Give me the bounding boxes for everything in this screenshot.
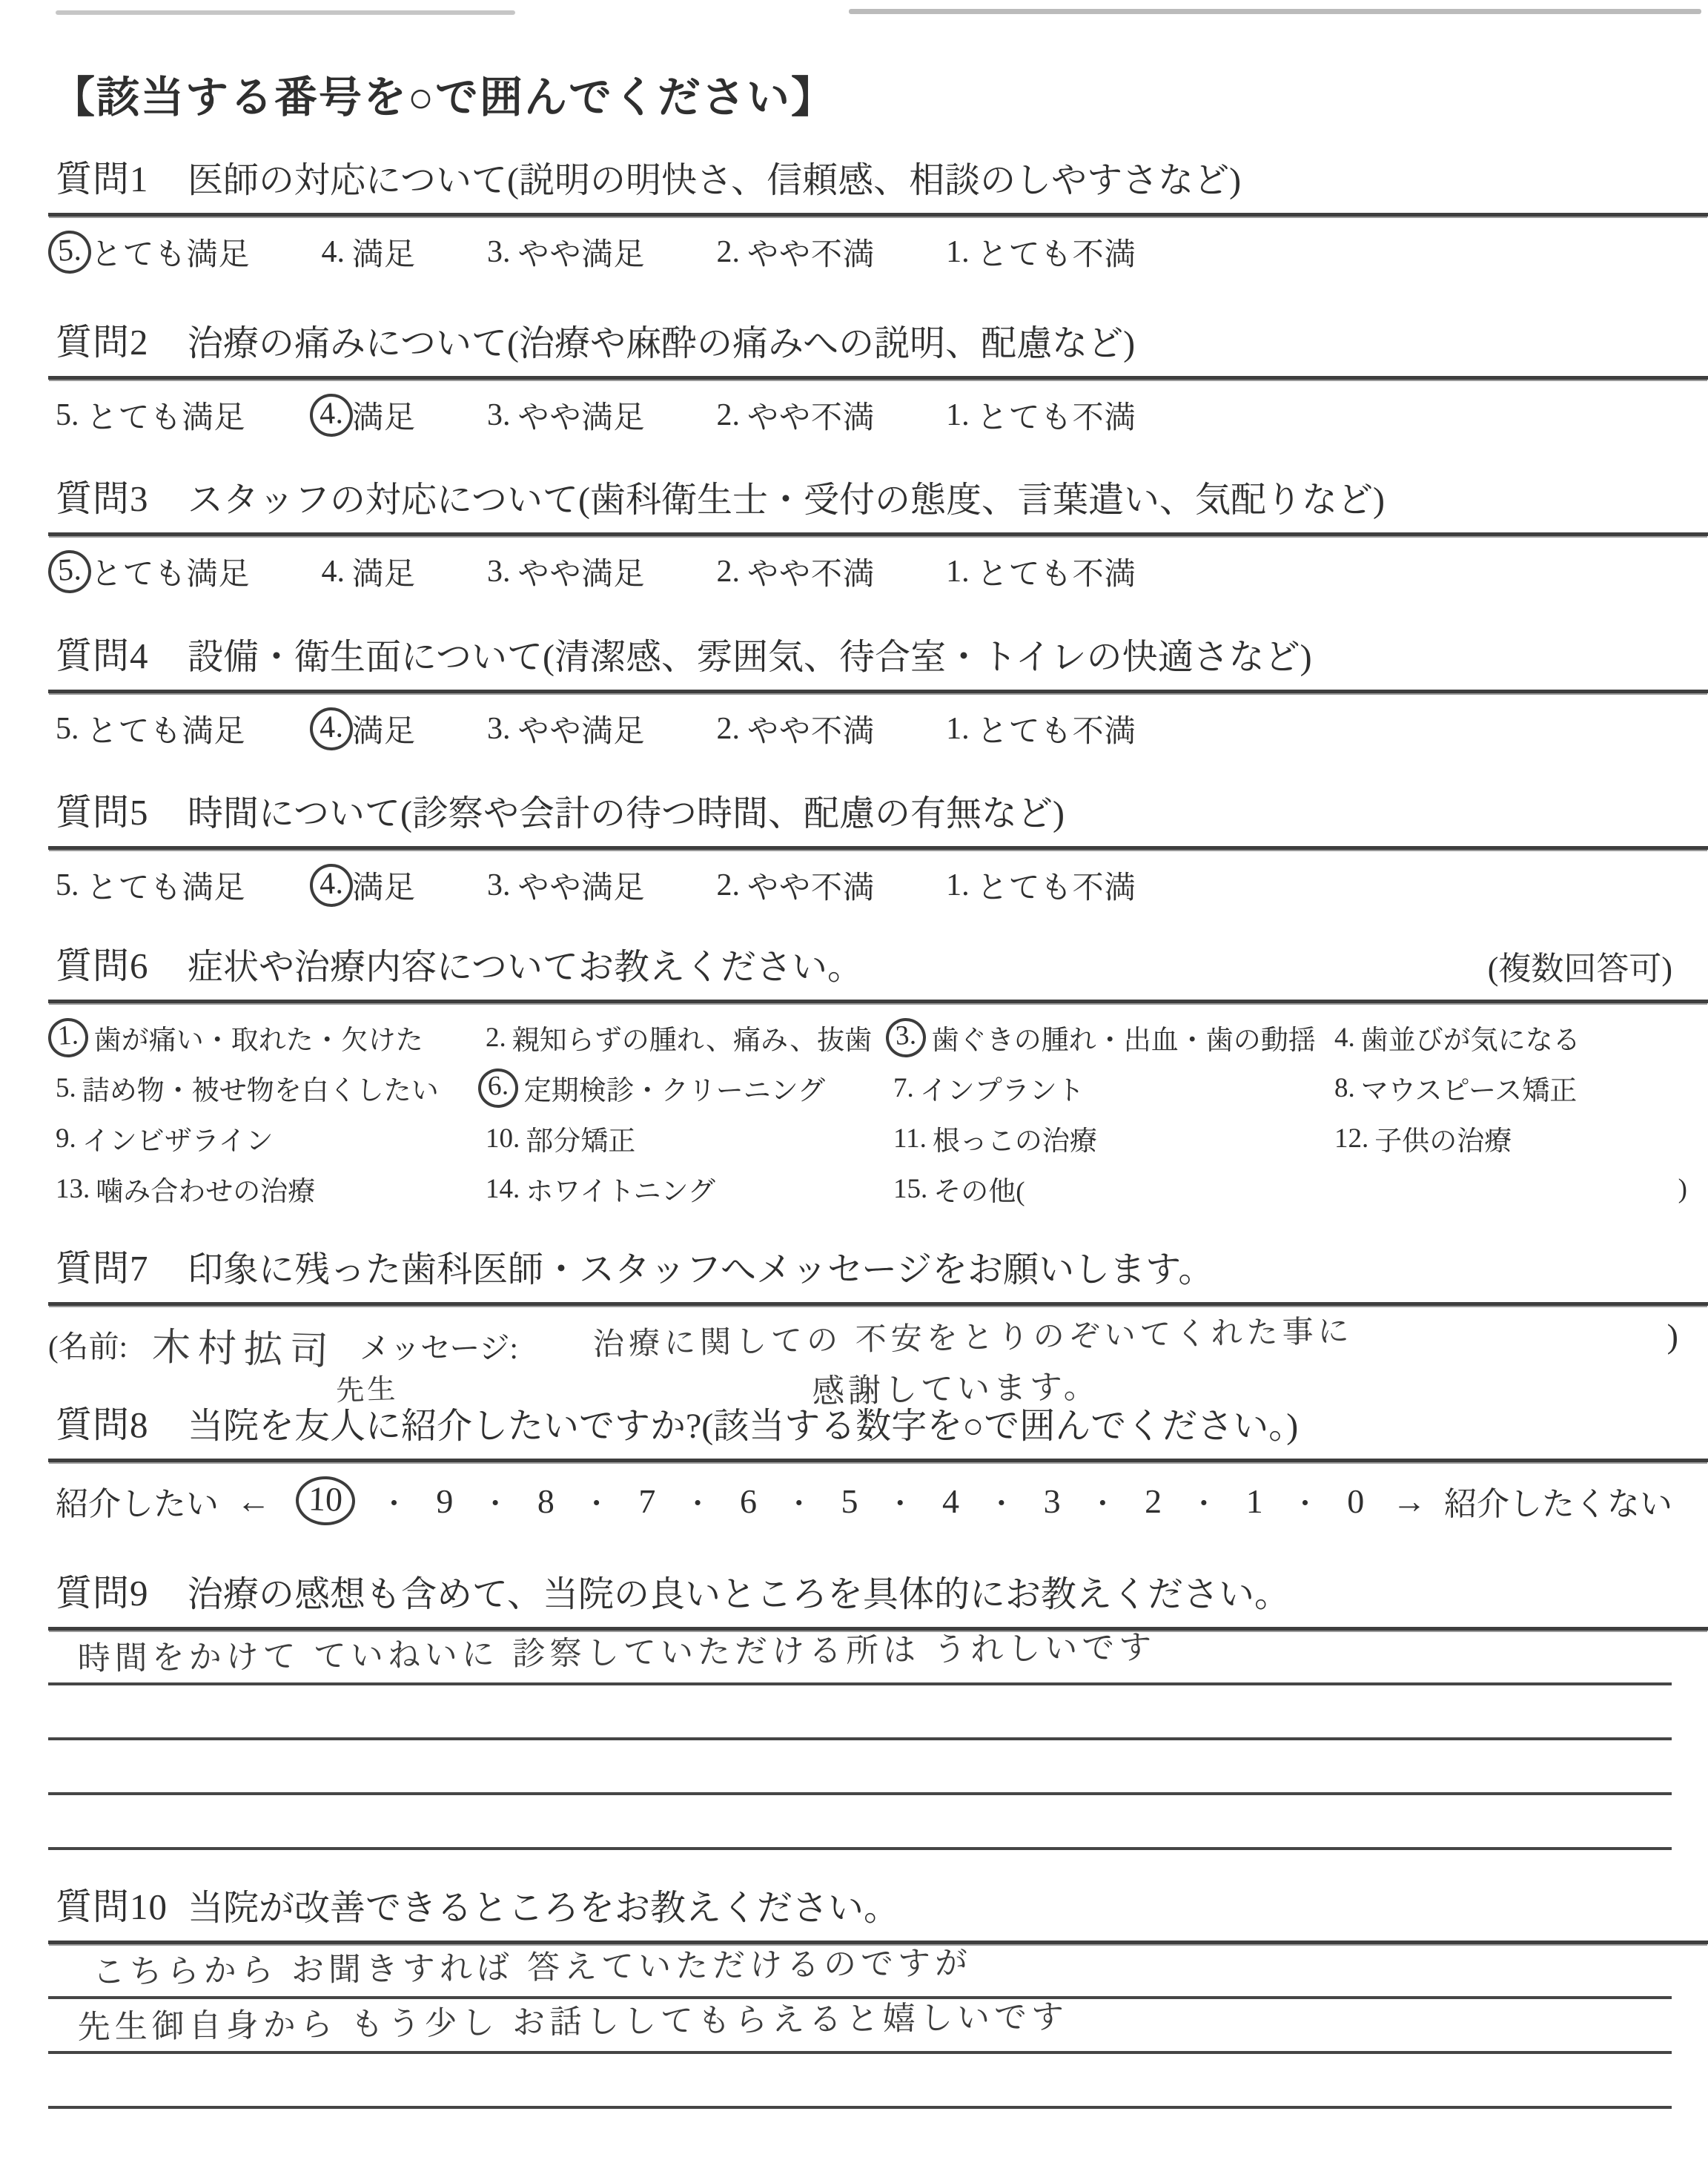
symptom-item: 9.インビザライン [56,1118,486,1158]
question-5-section: 質問5 時間について(診察や会計の待つ時間、配慮の有無など) 5.とても満足 4… [48,793,1708,908]
rating-option-label: とても不満 [977,393,1136,437]
rating-option-label: とても満足 [91,230,251,274]
rating-option-label: とても満足 [91,549,251,594]
nps-separator: ・ [987,1481,1016,1522]
answer-line: こちらから お聞きすれば 答えていただけるのですが [48,1944,1672,1999]
symptom-item: 6.定期検診・クリーニング [486,1068,893,1108]
rating-option-number: 1. [946,868,970,903]
rating-option-label: 満足 [352,549,416,594]
rating-option-number: 2. [717,711,741,747]
rating-option: 2.やや不満 [717,230,875,274]
rating-option-number: 4. [308,862,353,908]
nps-separator: ・ [1291,1481,1319,1522]
rating-option: 4.満足 [317,393,417,437]
rating-option-label: 満足 [352,863,416,908]
rating-option-number: 4. [322,554,345,589]
nps-number: 9 [436,1482,453,1521]
symptom-item-label: 噛み合わせの治療 [96,1169,315,1209]
nps-separator: ・ [886,1481,914,1522]
heading-underline [48,532,1708,536]
rating-option: 1.とても不満 [946,230,1136,274]
answer-line: 時間をかけて ていねいに 診察していただける所は うれしいです [48,1631,1672,1685]
rating-option-number: 1. [946,397,970,433]
rating-options-row: 5.とても満足 4.満足 3.やや満足 2.やや不満 1.とても不満 [48,707,1708,751]
question-heading: 医師の対応について(説明の明快さ、信頼感、相談のしやすさなど) [188,151,1241,202]
symptom-item-number: 2. [486,1022,506,1054]
rating-option-number: 5. [47,229,92,274]
name-field-prefix: (名前: [48,1322,128,1366]
question-heading: 当院が改善できるところをお教えください。 [188,1879,899,1930]
rating-option-number: 5. [56,711,79,747]
heading-underline [48,1302,1708,1306]
symptom-item-label: 根っこの治療 [933,1118,1097,1158]
question-4-section: 質問4 設備・衛生面について(清潔感、雰囲気、待合室・トイレの快適さなど) 5.… [48,636,1708,751]
nps-separator: ・ [683,1481,712,1522]
nps-number: 3 [1044,1482,1061,1521]
question-label: 質問9 [56,1565,168,1616]
symptom-item-number: 13. [56,1173,90,1205]
question-label: 質問6 [56,937,168,989]
rating-option-label: やや不満 [747,707,875,751]
scan-artifact [849,9,1701,14]
symptom-item: 8.マウスピース矯正 [1334,1068,1708,1108]
symptom-item: 11.根っこの治療 [893,1118,1334,1158]
rating-option-label: やや満足 [518,393,646,437]
rating-option-number: 2. [717,234,741,270]
question-label: 質問4 [56,627,168,679]
symptom-item-label: 歯並びが気になる [1361,1017,1580,1057]
rating-option-label: やや満足 [518,549,646,594]
question-8-section: 質問8 当院を友人に紹介したいですか?(該当する数字を○で囲んでください。) 紹… [48,1405,1708,1525]
symptom-item-label: その他( [933,1169,1025,1209]
survey-form-page: 【該当する番号を○で囲んでください】 質問1 医師の対応について(説明の明快さ、… [0,0,1708,2160]
question-heading-row: 質問6 症状や治療内容についてお教えください。 (複数回答可) [48,946,1708,989]
symptom-item-number: 8. [1334,1072,1355,1104]
handwritten-message-line1: 治療に関しての 不安をとりのぞいてくれた事に [593,1307,1354,1364]
rating-option: 5.とても満足 [56,707,246,751]
question-2-section: 質問2 治療の痛みについて(治療や麻酔の痛みへの説明、配慮など) 5.とても満足… [48,323,1708,437]
symptom-item-label: インビザライン [82,1118,274,1158]
symptom-item: 15.その他( [893,1169,1334,1209]
scan-artifact [56,10,515,15]
answer-line [48,2054,1672,2109]
heading-underline [48,846,1708,850]
nps-right-label: 紹介したくない [1444,1477,1672,1525]
rating-option-label: とても不満 [977,549,1136,594]
rating-option: 3.やや満足 [487,393,646,437]
rating-option: 1.とても不満 [946,863,1136,908]
nps-separator: ・ [380,1481,408,1522]
question-label: 質問8 [56,1396,168,1448]
symptom-item-label: 定期検診・クリーニング [524,1068,825,1108]
rating-option: 5.とても満足 [56,549,251,594]
answer-line: 先生御自身から もう少し お話ししてもらえると嬉しいです [48,1999,1672,2054]
rating-option: 2.やや不満 [717,393,875,437]
question-heading-row: 質問8 当院を友人に紹介したいですか?(該当する数字を○で囲んでください。) [48,1405,1708,1448]
rating-option-number: 4. [308,706,353,751]
symptom-item-number: 7. [893,1072,914,1104]
symptom-item-label: 詰め物・被せ物を白くしたい [82,1068,439,1108]
left-arrow-icon: ← [236,1482,271,1521]
symptom-item-number: 12. [1334,1123,1368,1155]
question-6-section: 質問6 症状や治療内容についてお教えください。 (複数回答可) 1.歯が痛い・取… [48,946,1708,1214]
heading-underline [48,690,1708,693]
handwritten-answer: 先生御自身から もう少し お話ししてもらえると嬉しいです [47,1990,1068,2048]
question-heading: 症状や治療内容についてお教えください。 [188,938,863,989]
nps-separator: ・ [1190,1481,1218,1522]
nps-number: 8 [537,1482,555,1521]
nps-scale-row: 紹介したい ← 10 ・ 9 ・ 8 ・ 7 ・ 6 ・ 5 ・ 4 ・ 3 ・… [48,1473,1708,1525]
rating-option-label: やや不満 [747,393,875,437]
question-label: 質問3 [56,470,168,522]
heading-underline [48,1459,1708,1462]
rating-option-number: 3. [487,711,511,747]
symptom-item-label: 親知らずの腫れ、痛み、抜歯 [512,1017,872,1057]
form-title: 【該当する番号を○で囲んでください】 [52,62,835,125]
rating-option: 1.とても不満 [946,707,1136,751]
nps-number: 1 [1246,1482,1263,1521]
heading-underline [48,213,1708,217]
symptom-item: 4.歯並びが気になる [1334,1017,1708,1057]
rating-options-row: 5.とても満足 4.満足 3.やや満足 2.やや不満 1.とても不満 [48,230,1708,274]
rating-option-label: とても不満 [977,863,1136,908]
question-heading-row: 質問3 スタッフの対応について(歯科衛生士・受付の態度、言葉遣い、気配りなど) [48,479,1708,522]
question-label: 質問10 [56,1878,168,1930]
rating-option: 2.やや不満 [717,707,875,751]
symptom-item-label: 部分矯正 [526,1118,635,1158]
message-field-prefix: メッセージ: [360,1324,518,1367]
rating-option-number: 3. [487,234,511,270]
nps-separator: ・ [785,1481,813,1522]
answer-lines: 時間をかけて ていねいに 診察していただける所は うれしいです [48,1631,1708,1850]
symptom-item: 5.詰め物・被せ物を白くしたい [56,1068,486,1108]
symptom-item-number: 11. [893,1123,927,1155]
rating-option-number: 4. [308,392,353,437]
answer-lines: こちらから お聞きすれば 答えていただけるのですが 先生御自身から もう少し お… [48,1944,1708,2160]
question-heading-row: 質問2 治療の痛みについて(治療や麻酔の痛みへの説明、配慮など) [48,323,1708,366]
rating-options-row: 5.とても満足 4.満足 3.やや満足 2.やや不満 1.とても不満 [48,863,1708,908]
rating-option: 2.やや不満 [717,863,875,908]
answer-line [48,1795,1672,1850]
symptom-item-number: 1. [47,1017,89,1058]
symptom-item-number: 15. [893,1173,927,1205]
symptom-item: 2.親知らずの腫れ、痛み、抜歯 [486,1017,893,1057]
rating-option: 4.満足 [317,707,417,751]
nps-number: 0 [1347,1482,1364,1521]
symptom-item-label: インプラント [920,1068,1085,1108]
symptom-item: 1.歯が痛い・取れた・欠けた [56,1017,486,1057]
question-heading: 印象に残った歯科医師・スタッフへメッセージをお願いします。 [188,1241,1214,1292]
rating-options-row: 5.とても満足 4.満足 3.やや満足 2.やや不満 1.とても不満 [48,549,1708,594]
question-label: 質問7 [56,1240,168,1292]
nps-number: 5 [841,1482,858,1521]
rating-option-number: 2. [717,868,741,903]
question-heading: 設備・衛生面について(清潔感、雰囲気、待合室・トイレの快適さなど) [188,628,1312,679]
rating-option-number: 3. [487,868,511,903]
question-label: 質問1 [56,151,168,202]
question-heading-row: 質問1 医師の対応について(説明の明快さ、信頼感、相談のしやすさなど) [48,159,1708,202]
symptom-items-grid: 1.歯が痛い・取れた・欠けた 2.親知らずの腫れ、痛み、抜歯 3.歯ぐきの腫れ・… [48,1012,1708,1214]
question-heading-row: 質問10 当院が改善できるところをお教えください。 [48,1887,1708,1930]
rating-option-label: 満足 [352,393,416,437]
answer-line [48,2109,1672,2160]
question-heading: スタッフの対応について(歯科衛生士・受付の態度、言葉遣い、気配りなど) [188,471,1385,522]
rating-option: 5.とても満足 [56,863,246,908]
symptom-item: 12.子供の治療 [1334,1118,1708,1158]
nps-right-group: → 紹介したくない [1392,1477,1672,1525]
rating-option-label: とても不満 [977,230,1136,274]
nps-left-label: 紹介したい [56,1477,219,1525]
symptom-item-number: 14. [486,1173,520,1205]
nps-number: 7 [638,1482,655,1521]
rating-option: 1.とても不満 [946,549,1136,594]
rating-option-number: 1. [946,554,970,589]
rating-option: 4.満足 [322,230,417,274]
nps-left-group: 紹介したい ← [56,1477,271,1525]
handwritten-name: 木村拡司 [151,1315,337,1375]
symptom-item: 3.歯ぐきの腫れ・出血・歯の動揺 [893,1017,1334,1057]
other-close-paren: ) [1334,1173,1708,1205]
nps-separator: ・ [481,1481,509,1522]
rating-option-label: とても満足 [87,393,246,437]
heading-underline [48,1000,1708,1003]
nps-number: 10 [295,1475,356,1526]
rating-option-label: とても満足 [87,863,246,908]
nps-separator: ・ [583,1481,611,1522]
rating-option-label: とても満足 [87,707,246,751]
nps-number: 2 [1145,1482,1162,1521]
symptom-item-number: 3. [885,1017,927,1058]
rating-option-label: やや満足 [518,707,646,751]
answer-line [48,1740,1672,1795]
symptom-item-number: 5. [56,1072,76,1104]
question-label: 質問2 [56,314,168,366]
symptom-item-label: 歯ぐきの腫れ・出血・歯の動揺 [932,1017,1316,1057]
rating-option: 4.満足 [317,863,417,908]
answer-line [48,1685,1672,1740]
rating-option-label: 満足 [352,230,416,274]
multi-answer-note: (複数回答可) [1488,942,1708,989]
rating-option: 3.やや満足 [487,707,646,751]
rating-options-row: 5.とても満足 4.満足 3.やや満足 2.やや不満 1.とても不満 [48,393,1708,437]
question-heading: 当院を友人に紹介したいですか?(該当する数字を○で囲んでください。) [188,1397,1298,1448]
handwritten-answer: こちらから お聞きすれば 答えていただけるのですが [47,1936,972,1993]
question-1-section: 質問1 医師の対応について(説明の明快さ、信頼感、相談のしやすさなど) 5.とて… [48,159,1708,274]
question-10-section: 質問10 当院が改善できるところをお教えください。 こちらから お聞きすれば 答… [48,1887,1708,2160]
rating-option: 5.とても満足 [56,393,246,437]
symptom-item-number: 10. [486,1123,520,1155]
rating-option: 3.やや満足 [487,863,646,908]
rating-option: 2.やや不満 [717,549,875,594]
nps-separator: ・ [1088,1481,1116,1522]
question-3-section: 質問3 スタッフの対応について(歯科衛生士・受付の態度、言葉遣い、気配りなど) … [48,479,1708,594]
nps-number: 4 [942,1482,959,1521]
rating-option-label: とても不満 [977,707,1136,751]
symptom-item-label: 子供の治療 [1374,1118,1512,1158]
symptom-item-label: 歯が痛い・取れた・欠けた [94,1017,423,1057]
rating-option-label: やや不満 [747,863,875,908]
rating-option-label: やや満足 [518,863,646,908]
rating-option-number: 2. [717,554,741,589]
rating-option: 3.やや満足 [487,230,646,274]
symptom-item: 10.部分矯正 [486,1118,893,1158]
rating-option-label: やや不満 [747,230,875,274]
symptom-item-number: 6. [477,1067,519,1109]
nps-number: 6 [740,1482,757,1521]
rating-option: 1.とても不満 [946,393,1136,437]
symptom-item: 14.ホワイトニング [486,1169,893,1209]
question-heading-row: 質問4 設備・衛生面について(清潔感、雰囲気、待合室・トイレの快適さなど) [48,636,1708,679]
symptom-item: 7.インプラント [893,1068,1334,1108]
closing-paren: ) [1667,1316,1678,1355]
heading-underline [48,376,1708,380]
rating-option-label: やや不満 [747,549,875,594]
symptom-item-number: 4. [1334,1022,1355,1054]
rating-option-number: 5. [47,549,92,594]
rating-option-number: 3. [487,397,511,433]
rating-option: 4.満足 [322,549,417,594]
question-heading: 治療の感想も含めて、当院の良いところを具体的にお教えください。 [188,1565,1290,1616]
rating-option-label: 満足 [352,707,416,751]
question-heading: 治療の痛みについて(治療や麻酔の痛みへの説明、配慮など) [188,314,1135,366]
rating-option-number: 5. [56,397,79,433]
question-heading-row: 質問9 治療の感想も含めて、当院の良いところを具体的にお教えください。 [48,1573,1708,1616]
rating-option-number: 1. [946,234,970,270]
rating-option-number: 4. [322,234,345,270]
right-arrow-icon: → [1392,1482,1426,1521]
rating-option-number: 1. [946,711,970,747]
rating-option-number: 3. [487,554,511,589]
symptom-item-label: ホワイトニング [526,1169,715,1209]
symptom-item-label: マウスピース矯正 [1361,1068,1578,1108]
question-heading-row: 質問7 印象に残った歯科医師・スタッフへメッセージをお願いします。 [48,1249,1708,1292]
question-label: 質問5 [56,784,168,836]
question-heading: 時間について(診察や会計の待つ時間、配慮の有無など) [188,785,1065,836]
rating-option-label: やや満足 [518,230,646,274]
rating-option-number: 5. [56,868,79,903]
question-heading-row: 質問5 時間について(診察や会計の待つ時間、配慮の有無など) [48,793,1708,836]
symptom-item-number: 9. [56,1123,76,1155]
rating-option: 3.やや満足 [487,549,646,594]
symptom-item: 13.噛み合わせの治療 [56,1169,486,1209]
rating-option-number: 2. [717,397,741,433]
rating-option: 5.とても満足 [56,230,251,274]
question-9-section: 質問9 治療の感想も含めて、当院の良いところを具体的にお教えください。 時間をか… [48,1573,1708,1850]
